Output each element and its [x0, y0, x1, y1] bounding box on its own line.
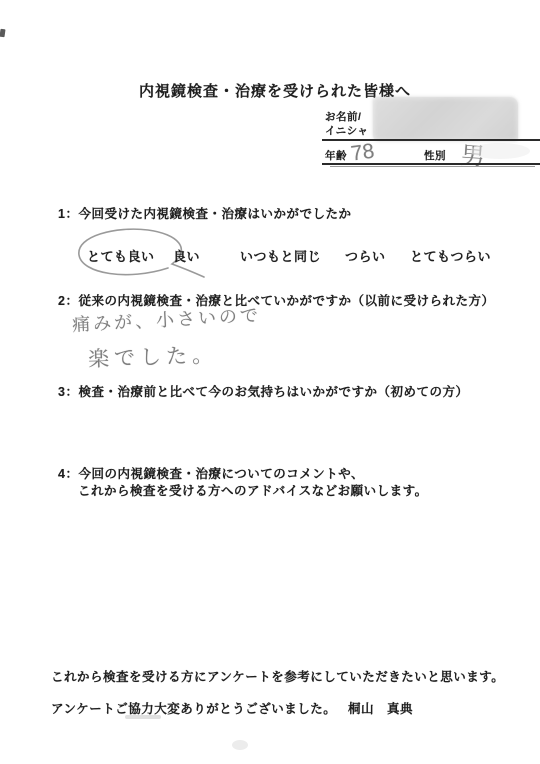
name-underline: [322, 139, 540, 141]
scanned-questionnaire-page: 内視鏡検査・治療を受けられた皆様へ お名前/ イニシャ 年齢 78 性別 男 1…: [0, 0, 540, 764]
scan-artifact-faint-spot: [232, 740, 248, 750]
q1-option-good: 良い: [173, 246, 200, 265]
gender-label: 性別: [424, 148, 446, 163]
q1-option-very-good: とても良い: [87, 246, 155, 265]
name-label-line2: イニシャ: [325, 123, 368, 138]
scan-artifact-gender-smudge: [470, 143, 530, 159]
age-gender-underline: [322, 163, 540, 165]
question-3-label: 3：検査・治療前と比べて今のお気持ちはいかがですか（初めての方）: [58, 382, 468, 400]
page-title: 内視鏡検査・治療を受けられた皆様へ: [139, 80, 411, 101]
age-label: 年齢: [325, 148, 347, 163]
q1-option-same-as-usual: いつもと同じ: [240, 246, 321, 265]
q2-handwritten-answer-line2: 楽でした。: [88, 339, 219, 374]
footer-thanks-line2: アンケートご協力大変ありがとうございました。: [51, 699, 336, 717]
question-4-label-line1: 4：今回の内視鏡検査・治療についてのコメントや、: [58, 464, 364, 482]
q1-option-very-hard: とてもつらい: [410, 246, 491, 265]
question-2-label: 2：従来の内視鏡検査・治療と比べていかがですか（以前に受けられた方）: [58, 291, 494, 309]
age-gender-underline-echo: [330, 166, 535, 167]
scan-artifact-edge-mark: [0, 29, 6, 38]
question-1-label: 1：今回受けた内視鏡検査・治療はいかがでしたか: [58, 204, 351, 222]
footer-thanks-line1: これから検査を受ける方にアンケートを参考にしていただきたいと思います。: [51, 667, 504, 685]
question-4-label-line2: これから検査を受ける方へのアドバイスなどお願いします。: [78, 481, 428, 499]
scan-artifact-smudge: [125, 715, 161, 719]
footer-signature: 桐山 真典: [348, 699, 413, 717]
q1-option-hard: つらい: [345, 246, 386, 265]
redacted-name-area: [373, 97, 518, 141]
name-label-line1: お名前/: [325, 109, 361, 124]
